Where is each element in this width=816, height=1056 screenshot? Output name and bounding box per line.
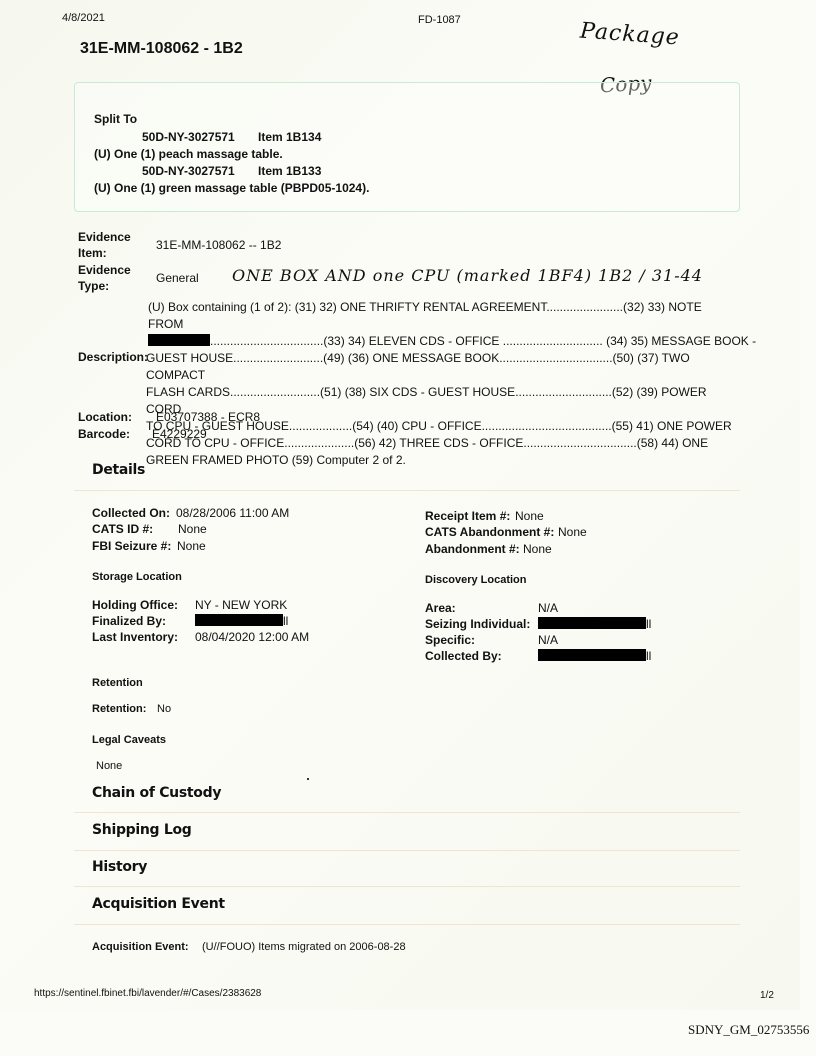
section-divider (74, 812, 740, 813)
description-line: GREEN FRAMED PHOTO (59) Computer 2 of 2. (146, 452, 740, 469)
document-page: 4/8/2021 FD-1087 31E-MM-108062 - 1B2 Pac… (0, 0, 800, 1010)
retention-heading: Retention (92, 677, 143, 689)
description-line: ..................................(33) 3… (148, 333, 740, 350)
redaction-block (538, 617, 646, 629)
receipt-item-value: None (515, 509, 544, 523)
holding-office-label: Holding Office: (92, 598, 178, 612)
location-value: E03707388 - ECR8 (156, 410, 260, 424)
evidence-item-value: 31E-MM-108062 -- 1B2 (156, 238, 281, 252)
section-divider (74, 850, 740, 851)
fbi-seizure-value: None (177, 539, 206, 553)
bates-number: SDNY_GM_02753556 (688, 1022, 809, 1038)
description-line: GUEST HOUSE...........................(4… (146, 350, 740, 384)
section-divider (74, 490, 740, 491)
section-acquisition-event[interactable]: Acquisition Event (92, 896, 225, 912)
finalized-by-value: ll (195, 614, 288, 628)
collected-on-label: Collected On: (92, 506, 170, 520)
split-to-title: Split To (94, 112, 137, 126)
specific-label: Specific: (425, 633, 475, 647)
speck (307, 778, 309, 780)
acquisition-event-label: Acquisition Event: (92, 941, 189, 953)
evidence-type-label: Evidence (78, 263, 131, 277)
evidence-type-value: General (156, 271, 199, 285)
split-item-number[interactable]: Item 1B133 (258, 164, 321, 178)
area-label: Area: (425, 601, 456, 615)
finalized-by-label: Finalized By: (92, 614, 166, 628)
fbi-seizure-label: FBI Seizure #: (92, 539, 171, 553)
section-divider (74, 886, 740, 887)
document-title: 31E-MM-108062 - 1B2 (80, 40, 243, 58)
last-inventory-value: 08/04/2020 12:00 AM (195, 630, 309, 644)
seizing-individual-label: Seizing Individual: (425, 617, 530, 631)
description-text: (U) Box containing (1 of 2): (31) 32) ON… (148, 299, 740, 469)
retention-value: No (157, 703, 171, 715)
abandonment-label: Abandonment #: (425, 542, 520, 556)
description-line: (U) Box containing (1 of 2): (31) 32) ON… (148, 299, 740, 333)
redaction-suffix: ll (646, 617, 651, 631)
footer-url[interactable]: https://sentinel.fbinet.fbi/lavender/#/C… (34, 988, 261, 999)
description-label: Description: (78, 350, 148, 364)
handwritten-evidence-note: ONE BOX AND one CPU (marked 1BF4) 1B2 / … (232, 266, 703, 285)
form-number: FD-1087 (418, 14, 461, 26)
collected-on-value: 08/28/2006 11:00 AM (176, 506, 289, 520)
redaction-suffix: ll (646, 649, 651, 663)
abandonment-value: None (523, 542, 552, 556)
description-line: CORD TO CPU - OFFICE....................… (146, 435, 740, 452)
redaction-suffix: ll (283, 614, 288, 628)
redaction-block (195, 614, 283, 626)
location-label: Location: (78, 410, 132, 424)
legal-caveats-value: None (96, 760, 122, 772)
handwritten-package: Package (579, 19, 680, 51)
collected-by-value: ll (538, 649, 651, 663)
cats-abandonment-value: None (558, 525, 587, 539)
cats-id-value: None (178, 522, 207, 536)
section-shipping-log[interactable]: Shipping Log (92, 822, 192, 838)
seizing-individual-value: ll (538, 617, 651, 631)
section-divider (74, 924, 740, 925)
evidence-item-label: Evidence (78, 230, 131, 244)
description-line-text: ..................................(33) 3… (210, 334, 756, 348)
split-item-description: (U) One (1) peach massage table. (94, 147, 283, 161)
holding-office-value: NY - NEW YORK (195, 598, 287, 612)
storage-location-heading: Storage Location (92, 571, 182, 583)
acquisition-event-value: (U//FOUO) Items migrated on 2006-08-28 (202, 941, 406, 953)
barcode-label: Barcode: (78, 427, 130, 441)
redaction-block (148, 334, 210, 346)
collected-by-label: Collected By: (425, 649, 502, 663)
legal-caveats-heading: Legal Caveats (92, 734, 166, 746)
evidence-type-label-2: Type: (78, 279, 109, 293)
redaction-block (538, 649, 646, 661)
print-date: 4/8/2021 (62, 12, 105, 24)
section-chain-of-custody[interactable]: Chain of Custody (92, 785, 221, 801)
split-case-number[interactable]: 50D-NY-3027571 (142, 164, 235, 178)
evidence-item-label-2: Item: (78, 246, 107, 260)
section-history[interactable]: History (92, 859, 147, 875)
split-case-number[interactable]: 50D-NY-3027571 (142, 130, 235, 144)
barcode-value: E4229229 (152, 427, 207, 441)
cats-abandonment-label: CATS Abandonment #: (425, 525, 554, 539)
retention-label: Retention: (92, 703, 146, 715)
cats-id-label: CATS ID #: (92, 522, 153, 536)
last-inventory-label: Last Inventory: (92, 630, 178, 644)
split-item-description: (U) One (1) green massage table (PBPD05-… (94, 181, 369, 195)
receipt-item-label: Receipt Item #: (425, 509, 510, 523)
discovery-location-heading: Discovery Location (425, 574, 526, 586)
page-number: 1/2 (760, 990, 774, 1001)
specific-value: N/A (538, 633, 558, 647)
split-item-number[interactable]: Item 1B134 (258, 130, 321, 144)
area-value: N/A (538, 601, 558, 615)
details-heading[interactable]: Details (92, 462, 145, 478)
